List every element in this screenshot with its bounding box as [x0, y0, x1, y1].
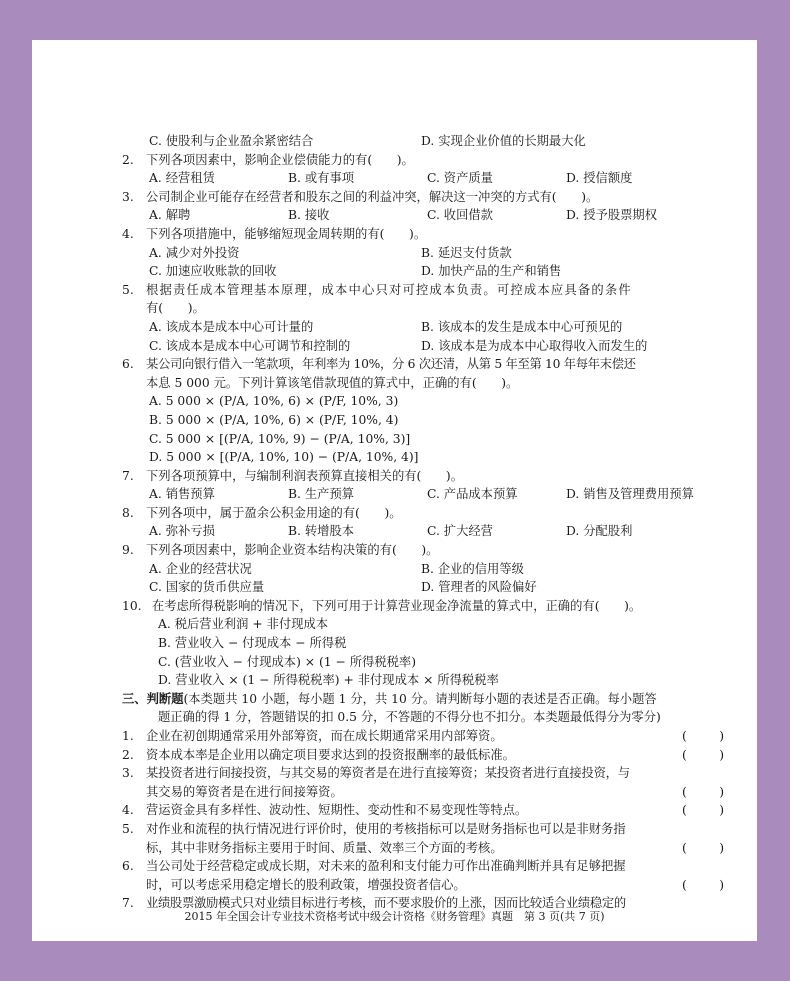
q5-text-line1: 根据责任成本管理基本原理，成本中心只对可控成本负责。可控成本应具备的条件: [146, 283, 632, 297]
tf-1-text: 企业在初创期通常采用外部筹资，而在成长期通常采用内部筹资。: [146, 729, 503, 743]
q7-option-c: C. 产品成本预算: [427, 485, 566, 504]
q2-number: 2.: [122, 151, 146, 170]
q9-option-c: C. 国家的货币供应量: [149, 578, 421, 597]
q10-text: 在考虑所得税影响的情况下，下列可用于计算营业现金净流量的算式中，正确的有( )。: [152, 599, 641, 613]
q9-option-d: D. 管理者的风险偏好: [421, 578, 693, 597]
q7-option-b: B. 生产预算: [288, 485, 427, 504]
q5-options-cd: C. 该成本是成本中心可调节和控制的 D. 该成本是为成本中心取得收入而发生的: [122, 337, 732, 356]
q5-stem-line2: 有( )。: [122, 299, 732, 318]
tf-item-4: 4.营运资金具有多样性、波动性、短期性、变动性和不易变现性等特点。 (): [122, 801, 732, 820]
tf-3-answer-blank[interactable]: (): [682, 783, 724, 802]
q4-number: 4.: [122, 225, 146, 244]
tf-item-5-line2: 标，其中非财务指标主要用于时间、质量、效率三个方面的考核。 (): [122, 839, 732, 858]
q9-option-b: B. 企业的信用等级: [421, 560, 693, 579]
section-3-header: 三、判断题(本类题共 10 小题，每小题 1 分，共 10 分。请判断每小题的表…: [122, 690, 732, 709]
q10-stem: 10.在考虑所得税影响的情况下，下列可用于计算营业现金净流量的算式中，正确的有(…: [122, 597, 732, 616]
exam-page: C. 使股利与企业盈余紧密结合 D. 实现企业价值的长期最大化 2.下列各项因素…: [32, 40, 757, 941]
tf-item-5: 5.对作业和流程的执行情况进行评价时，使用的考核指标可以是财务指标也可以是非财务…: [122, 820, 732, 839]
q4-option-b: B. 延迟支付货款: [421, 244, 693, 263]
tf-6-answer-blank[interactable]: (): [682, 876, 724, 895]
q2-option-a: A. 经营租赁: [149, 169, 288, 188]
q6-text-line1: 某公司向银行借入一笔款项，年利率为 10%，分 6 次还清，从第 5 年至第 1…: [146, 357, 636, 371]
q7-options: A. 销售预算 B. 生产预算 C. 产品成本预算 D. 销售及管理费用预算: [122, 485, 732, 504]
tf-5-number: 5.: [122, 820, 146, 839]
q4-option-c: C. 加速应收账款的回收: [149, 262, 421, 281]
q9-stem: 9.下列各项因素中，影响企业资本结构决策的有( )。: [122, 541, 732, 560]
tf-3-number: 3.: [122, 764, 146, 783]
tf-1-answer-blank[interactable]: (): [682, 727, 724, 746]
q7-stem: 7.下列各项预算中，与编制利润表预算直接相关的有( )。: [122, 467, 732, 486]
tf-6-text-line2: 时，可以考虑采用稳定增长的股利政策，增强投资者信心。: [146, 878, 466, 892]
q5-options-ab: A. 该成本是成本中心可计量的 B. 该成本的发生是成本中心可预见的: [122, 318, 732, 337]
tf-5-answer-blank[interactable]: (): [682, 839, 724, 858]
q6-option-c: C. 5 000 × [(P/A, 10%, 9) − (P/A, 10%, 3…: [122, 430, 732, 449]
q5-stem: 5.根据责任成本管理基本原理，成本中心只对可控成本负责。可控成本应具备的条件: [122, 281, 732, 300]
q1-options-cd: C. 使股利与企业盈余紧密结合 D. 实现企业价值的长期最大化: [122, 132, 732, 151]
q5-number: 5.: [122, 281, 146, 300]
tf-item-2: 2.资本成本率是企业用以确定项目要求达到的投资报酬率的最低标准。 (): [122, 746, 732, 765]
q4-stem: 4.下列各项措施中，能够缩短现金周转期的有( )。: [122, 225, 732, 244]
tf-6-number: 6.: [122, 857, 146, 876]
q5-option-a: A. 该成本是成本中心可计量的: [149, 318, 421, 337]
tf-3-text-line1: 某投资者进行间接投资，与其交易的筹资者是在进行直接筹资；某投资者进行直接投资，与: [146, 766, 630, 780]
tf-item-3: 3.某投资者进行间接投资，与其交易的筹资者是在进行直接筹资；某投资者进行直接投资…: [122, 764, 732, 783]
q9-options-cd: C. 国家的货币供应量 D. 管理者的风险偏好: [122, 578, 732, 597]
q8-option-a: A. 弥补亏损: [149, 522, 288, 541]
paren-open: (: [682, 876, 687, 895]
tf-3-text-line2: 其交易的筹资者是在进行间接筹资。: [146, 785, 343, 799]
section-3-instructions-line1: (本类题共 10 小题，每小题 1 分，共 10 分。请判断每小题的表述是否正确…: [184, 692, 657, 706]
q6-option-a: A. 5 000 × (P/A, 10%, 6) × (P/F, 10%, 3): [122, 392, 732, 411]
q4-options-cd: C. 加速应收账款的回收 D. 加快产品的生产和销售: [122, 262, 732, 281]
q6-option-b: B. 5 000 × (P/A, 10%, 6) × (P/F, 10%, 4): [122, 411, 732, 430]
q8-option-c: C. 扩大经营: [427, 522, 566, 541]
q3-option-d: D. 授予股票期权: [566, 206, 705, 225]
q8-text: 下列各项中，属于盈余公积金用途的有( )。: [146, 506, 402, 520]
tf-item-1: 1.企业在初创期通常采用外部筹资，而在成长期通常采用内部筹资。 (): [122, 727, 732, 746]
q3-option-c: C. 收回借款: [427, 206, 566, 225]
tf-1-number: 1.: [122, 727, 146, 746]
paren-close: ): [719, 727, 724, 746]
q6-option-d: D. 5 000 × [(P/A, 10%, 10) − (P/A, 10%, …: [122, 448, 732, 467]
q1-option-d: D. 实现企业价值的长期最大化: [421, 132, 693, 151]
section-3-title: 三、判断题: [122, 691, 184, 706]
q9-options-ab: A. 企业的经营状况 B. 企业的信用等级: [122, 560, 732, 579]
paren-open: (: [682, 783, 687, 802]
q6-stem: 6.某公司向银行借入一笔款项，年利率为 10%，分 6 次还清，从第 5 年至第…: [122, 355, 732, 374]
paren-open: (: [682, 839, 687, 858]
page-footer: 2015 年全国会计专业技术资格考试中级会计资格《财务管理》真题 第 3 页(共…: [32, 908, 757, 924]
tf-6-text-line1: 当公司处于经营稳定或成长期，对未来的盈利和支付能力可作出准确判断并具有足够把握: [146, 859, 626, 873]
q7-text: 下列各项预算中，与编制利润表预算直接相关的有( )。: [146, 469, 463, 483]
q2-option-c: C. 资产质量: [427, 169, 566, 188]
q5-option-b: B. 该成本的发生是成本中心可预见的: [421, 318, 693, 337]
page-content: C. 使股利与企业盈余紧密结合 D. 实现企业价值的长期最大化 2.下列各项因素…: [122, 132, 732, 913]
paren-open: (: [682, 746, 687, 765]
q1-option-c: C. 使股利与企业盈余紧密结合: [149, 132, 421, 151]
q6-stem-line2: 本息 5 000 元。下列计算该笔借款现值的算式中，正确的有( )。: [122, 374, 732, 393]
q10-number: 10.: [122, 597, 152, 616]
q3-options: A. 解聘 B. 接收 C. 收回借款 D. 授予股票期权: [122, 206, 732, 225]
tf-2-answer-blank[interactable]: (): [682, 746, 724, 765]
tf-5-text-line1: 对作业和流程的执行情况进行评价时，使用的考核指标可以是财务指标也可以是非财务指: [146, 822, 626, 836]
paren-close: ): [719, 746, 724, 765]
q5-option-d: D. 该成本是为成本中心取得收入而发生的: [421, 337, 693, 356]
tf-item-6-line2: 时，可以考虑采用稳定增长的股利政策，增强投资者信心。 (): [122, 876, 732, 895]
q4-option-a: A. 减少对外投资: [149, 244, 421, 263]
q4-options-ab: A. 减少对外投资 B. 延迟支付货款: [122, 244, 732, 263]
paren-close: ): [719, 783, 724, 802]
q7-number: 7.: [122, 467, 146, 486]
q3-option-b: B. 接收: [288, 206, 427, 225]
tf-4-answer-blank[interactable]: (): [682, 801, 724, 820]
q4-text: 下列各项措施中，能够缩短现金周转期的有( )。: [146, 227, 426, 241]
q10-option-b: B. 营业收入 − 付现成本 − 所得税: [122, 634, 732, 653]
tf-4-text: 营运资金具有多样性、波动性、短期性、变动性和不易变现性等特点。: [146, 803, 527, 817]
q3-number: 3.: [122, 188, 146, 207]
tf-item-3-line2: 其交易的筹资者是在进行间接筹资。 (): [122, 783, 732, 802]
q10-option-a: A. 税后营业利润 + 非付现成本: [122, 615, 732, 634]
q3-text: 公司制企业可能存在经营者和股东之间的利益冲突，解决这一冲突的方式有( )。: [146, 190, 598, 204]
q2-option-d: D. 授信额度: [566, 169, 705, 188]
q10-option-d: D. 营业收入 × (1 − 所得税税率) + 非付现成本 × 所得税税率: [122, 671, 732, 690]
q2-options: A. 经营租赁 B. 或有事项 C. 资产质量 D. 授信额度: [122, 169, 732, 188]
q8-option-d: D. 分配股利: [566, 522, 705, 541]
q8-stem: 8.下列各项中，属于盈余公积金用途的有( )。: [122, 504, 732, 523]
q3-stem: 3.公司制企业可能存在经营者和股东之间的利益冲突，解决这一冲突的方式有( )。: [122, 188, 732, 207]
q7-option-d: D. 销售及管理费用预算: [566, 485, 705, 504]
q9-number: 9.: [122, 541, 146, 560]
tf-5-text-line2: 标，其中非财务指标主要用于时间、质量、效率三个方面的考核。: [146, 841, 503, 855]
paren-close: ): [719, 801, 724, 820]
paren-open: (: [682, 801, 687, 820]
q2-stem: 2.下列各项因素中，影响企业偿债能力的有( )。: [122, 151, 732, 170]
paren-close: ): [719, 839, 724, 858]
q8-number: 8.: [122, 504, 146, 523]
q7-option-a: A. 销售预算: [149, 485, 288, 504]
q4-option-d: D. 加快产品的生产和销售: [421, 262, 693, 281]
paren-open: (: [682, 727, 687, 746]
section-3-instructions-line2: 题正确的得 1 分，答题错误的扣 0.5 分，不答题的不得分也不扣分。本类题最低…: [122, 708, 732, 727]
tf-4-number: 4.: [122, 801, 146, 820]
tf-2-text: 资本成本率是企业用以确定项目要求达到的投资报酬率的最低标准。: [146, 748, 515, 762]
q9-text: 下列各项因素中，影响企业资本结构决策的有( )。: [146, 543, 438, 557]
q5-option-c: C. 该成本是成本中心可调节和控制的: [149, 337, 421, 356]
q10-option-c: C. (营业收入 − 付现成本) × (1 − 所得税税率): [122, 653, 732, 672]
paren-close: ): [719, 876, 724, 895]
q9-option-a: A. 企业的经营状况: [149, 560, 421, 579]
q8-options: A. 弥补亏损 B. 转增股本 C. 扩大经营 D. 分配股利: [122, 522, 732, 541]
q2-text: 下列各项因素中，影响企业偿债能力的有( )。: [146, 153, 414, 167]
q6-number: 6.: [122, 355, 146, 374]
tf-2-number: 2.: [122, 746, 146, 765]
q2-option-b: B. 或有事项: [288, 169, 427, 188]
q3-option-a: A. 解聘: [149, 206, 288, 225]
tf-item-6: 6.当公司处于经营稳定或成长期，对未来的盈利和支付能力可作出准确判断并具有足够把…: [122, 857, 732, 876]
q8-option-b: B. 转增股本: [288, 522, 427, 541]
